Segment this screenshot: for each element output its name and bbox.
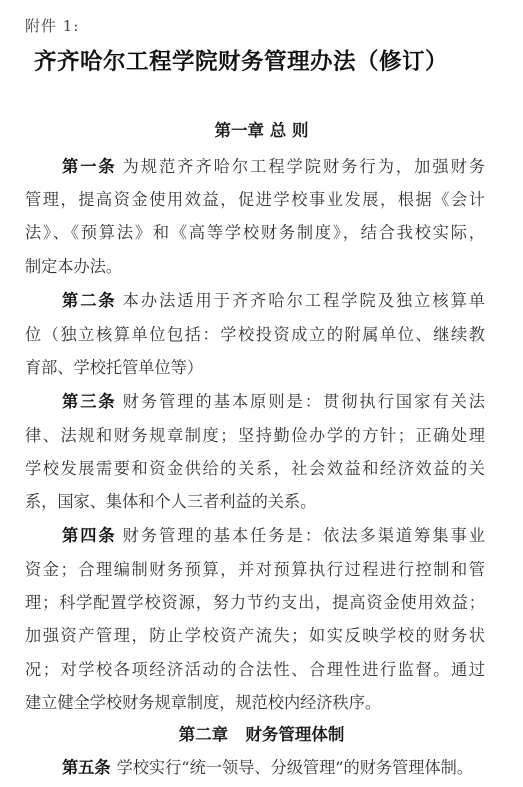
article-3-line-1: 第三条财务管理的基本原则是：贯彻执行国家有关法 xyxy=(62,388,485,412)
article-label: 第三条 xyxy=(62,392,117,411)
article-text: 财务管理的基本任务是：依法多渠道筹集事业 xyxy=(123,526,485,545)
article-label: 第五条 xyxy=(62,758,111,777)
article-text: 为规范齐齐哈尔工程学院财务行为，加强财务 xyxy=(123,157,485,176)
article-4-line-6: 建立健全学校财务规章制度，规范校内经济秩序。 xyxy=(25,689,485,713)
article-4-line-4: 加强资产管理，防止学校资产流失；如实反映学校的财务状 xyxy=(25,622,485,646)
article-2-line-2: 位（独立核算单位包括：学校投资成立的附属单位、继续教 xyxy=(25,321,485,345)
attachment-label: 附件 1: xyxy=(25,15,79,36)
chapter-heading: 第一章 总 则 xyxy=(0,117,523,141)
article-1-line-2: 管理，提高资金使用效益，促进学校事业发展，根据《会计 xyxy=(25,186,485,210)
article-1-line-3: 法》、《预算法》和《高等学校财务制度》，结合我校实际， xyxy=(25,219,485,243)
article-label: 第一条 xyxy=(62,157,117,176)
article-4-line-2: 资金；合理编制财务预算，并对预算执行过程进行控制和管 xyxy=(25,556,485,580)
article-3-line-2: 律、法规和财务规章制度；坚持勤俭办学的方针；正确处理 xyxy=(25,422,485,446)
article-label: 第四条 xyxy=(62,526,117,545)
article-2-line-1: 第二条本办法适用于齐齐哈尔工程学院及独立核算单 xyxy=(62,287,485,311)
article-3-line-4: 系，国家、集体和个人三者利益的关系。 xyxy=(25,488,485,512)
article-3-line-3: 学校发展需要和资金供给的关系，社会效益和经济效益的关 xyxy=(25,455,485,479)
article-text: 财务管理的基本原则是：贯彻执行国家有关法 xyxy=(123,392,485,411)
article-5-line-1: 第五条学校实行“统一领导、分级管理”的财务管理体制。 xyxy=(62,754,485,778)
article-1-line-4: 制定本办法。 xyxy=(25,253,485,277)
chapter-heading: 第二章 财务管理体制 xyxy=(0,721,523,745)
article-1-line-1: 第一条为规范齐齐哈尔工程学院财务行为，加强财务 xyxy=(62,153,485,177)
article-4-line-5: 况；对学校各项经济活动的合法性、合理性进行监督。通过 xyxy=(25,656,485,680)
article-2-line-3: 育部、学校托管单位等） xyxy=(25,354,485,378)
document-page: 附件 1: 齐齐哈尔工程学院财务管理办法（修订） 第一章 总 则 第一条为规范齐… xyxy=(0,0,523,787)
article-label: 第二条 xyxy=(62,291,117,310)
article-4-line-3: 理；科学配置学校资源，努力节约支出，提高资金使用效益； xyxy=(25,589,485,613)
article-text: 本办法适用于齐齐哈尔工程学院及独立核算单 xyxy=(123,291,485,310)
article-4-line-1: 第四条财务管理的基本任务是：依法多渠道筹集事业 xyxy=(62,522,485,546)
document-title: 齐齐哈尔工程学院财务管理办法（修订） xyxy=(34,44,448,76)
article-text: 学校实行“统一领导、分级管理”的财务管理体制。 xyxy=(117,758,474,777)
